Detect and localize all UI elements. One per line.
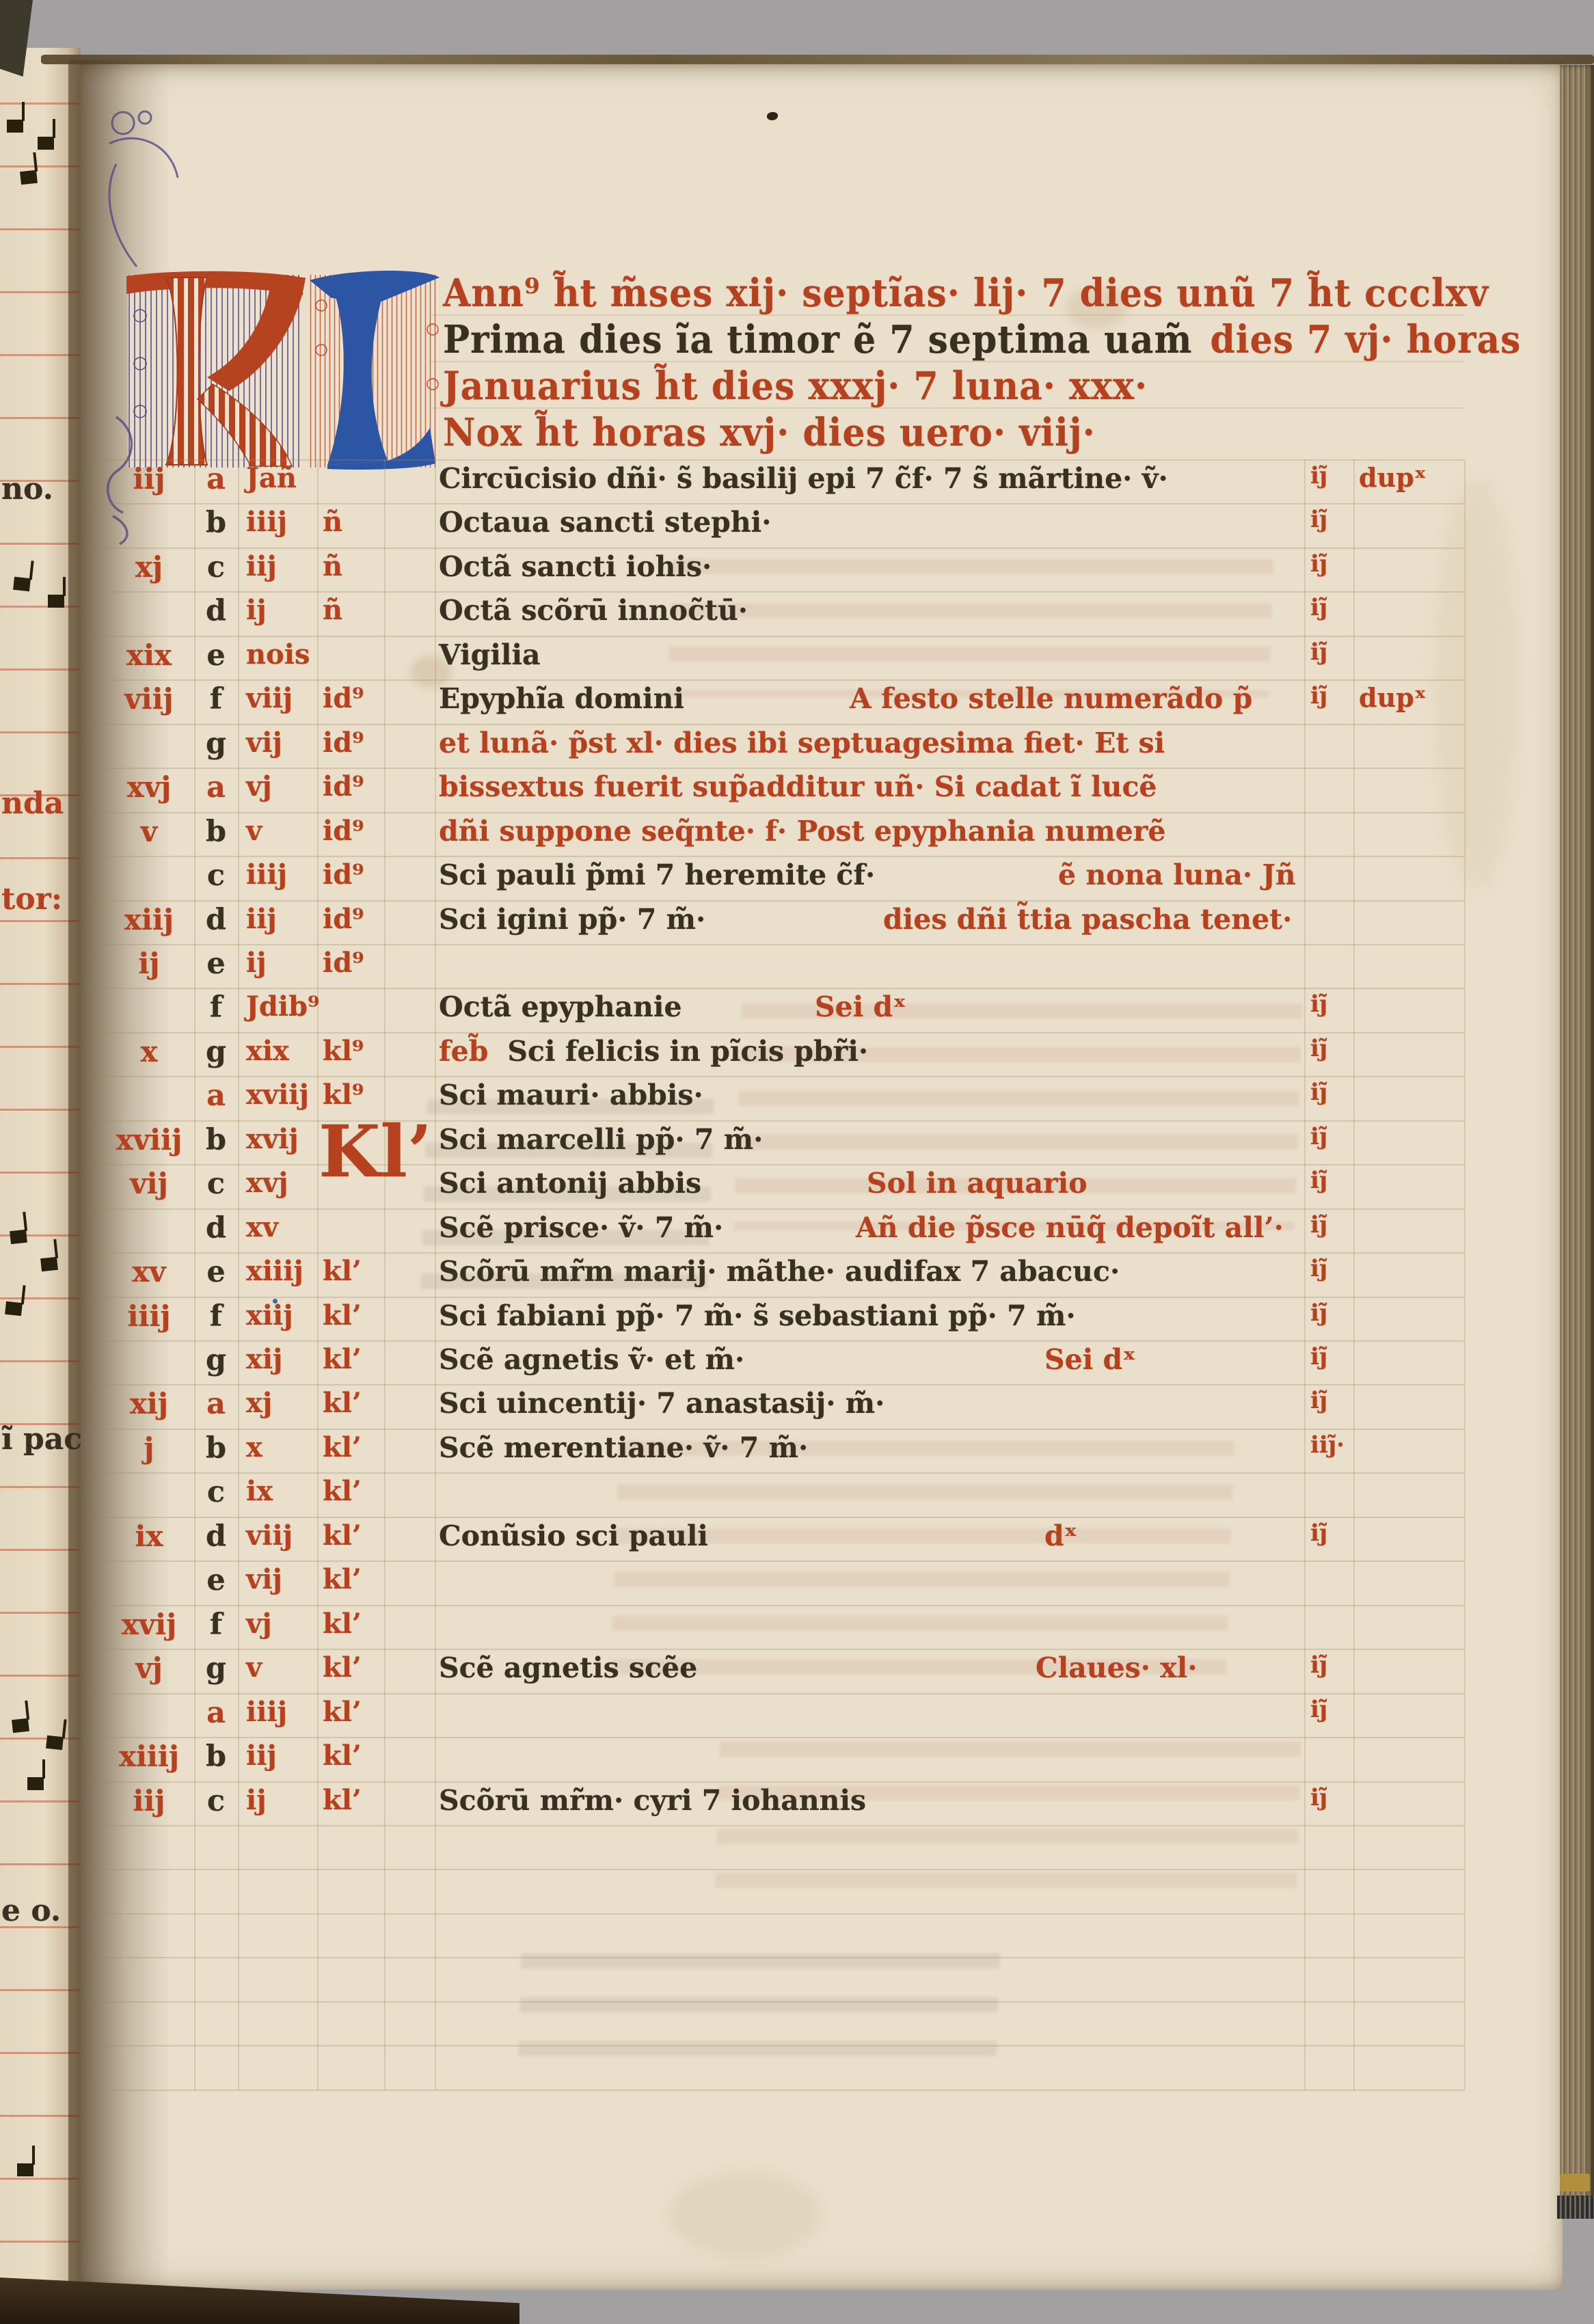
golden-number: x	[101, 1035, 197, 1068]
day-numeral: Jañ	[246, 462, 383, 494]
golden-number: xij	[101, 1387, 197, 1420]
golden-number: xix	[101, 638, 197, 672]
manuscript-photo: no.ndator:ĩ pacee o.	[0, 0, 1594, 2324]
calendar-row: fJdib⁹Octã epyphanieSei dˣij̃	[0, 990, 1594, 1034]
feast-entry: Sci igini pp̃· 7 m̃·dies dñi t̃tia pasch…	[439, 903, 725, 936]
clasp-band	[1557, 2195, 1594, 2219]
kalends-marker: kl⁹	[323, 1035, 405, 1067]
lesson-mark: ij̃	[1310, 1784, 1327, 1811]
calendar-row: viijfviijid⁹Epyphĩa dominiA festo stelle…	[0, 682, 1594, 726]
feast-text: Conũsio sci pauli	[439, 1519, 708, 1552]
day-numeral: xv	[246, 1211, 383, 1243]
lesson-mark: ij̃	[1310, 1079, 1327, 1106]
staff-line	[0, 2178, 79, 2180]
feast-text: Scõrū mr̃m marij· mãthe· audifax 7 abacu…	[439, 1255, 1120, 1288]
clasp-gold	[1560, 2174, 1590, 2191]
feast-text: Epyphĩa domini	[439, 682, 684, 715]
calendar-row: gvijid⁹et lunã· p̃st xl· dies ibi septua…	[0, 727, 1594, 770]
dominical-letter: d	[198, 903, 234, 937]
golden-number: ix	[101, 1519, 197, 1553]
lesson-mark: iij̃·	[1310, 1431, 1345, 1459]
day-numeral: xvj	[246, 1167, 383, 1199]
feast-entry: Sci uincentij· 7 anastasij· m̃·	[439, 1387, 904, 1420]
feast-annotation: dˣ	[1044, 1519, 1077, 1552]
neume-note	[20, 170, 38, 185]
kalends-marker: kl’	[323, 1387, 405, 1419]
feast-entry: dñi suppone seq̃nte· f· Post epyphania n…	[439, 815, 1185, 848]
calendar-row: xixenoisVigiliaij̃	[0, 638, 1594, 682]
feast-text: Scẽ merentiane· ṽ· 7 m̃·	[439, 1431, 808, 1464]
lesson-mark: ij̃	[1310, 1123, 1327, 1150]
feast-entry: Octã sancti iohis·	[439, 550, 731, 583]
dominical-letter: g	[198, 1343, 234, 1377]
feast-entry: Sci fabiani pp̃· 7 m̃· s̃ sebastiani pp̃…	[439, 1299, 1095, 1332]
feast-text: Scõrū mr̃m· cyri 7 iohannis	[439, 1784, 866, 1817]
calendar-row: ijeijid⁹	[0, 947, 1594, 990]
kalends-marker: kl’	[323, 1651, 405, 1684]
lesson-mark: ij̃	[1310, 1167, 1327, 1194]
dominical-letter: d	[198, 1211, 234, 1245]
feast-entry: feb̃Sci felicis in pĩcis pbr̃i·	[439, 1035, 887, 1068]
kalends-marker: kl’	[323, 1475, 405, 1507]
lesson-mark: ij̃	[1310, 1299, 1327, 1327]
header-text: Januarius h̃t dies xxxj· 7 luna· xxx·	[443, 364, 1148, 409]
calendar-row: vijcxvjSci antonij abbisSol in aquarioij…	[0, 1167, 1594, 1211]
dominical-letter: c	[198, 550, 234, 584]
feast-text: Vigilia	[439, 638, 541, 671]
golden-number: xvj	[101, 770, 197, 804]
lesson-mark: ij̃	[1310, 1387, 1327, 1414]
feast-entry: Conũsio sci paulidˣ	[439, 1519, 727, 1552]
feast-entry: Sci mauri· abbis·	[439, 1079, 722, 1111]
ruling-line	[96, 1913, 1464, 1915]
calendar-row: gxijkl’Scẽ agnetis ṽ· et m̃·Sei dˣij̃	[0, 1343, 1594, 1387]
kalends-marker: ñ	[323, 506, 405, 538]
staff-line	[0, 103, 79, 105]
dominical-letter: f	[198, 1608, 234, 1642]
feast-text: Scẽ prisce· ṽ· 7 m̃·	[439, 1211, 723, 1244]
dominical-letter: b	[198, 1123, 234, 1157]
dominical-letter: d	[198, 594, 234, 628]
lesson-mark: ij̃	[1310, 550, 1327, 578]
feast-annotation: Añ die p̃sce nūq̃ depoĩt all’·	[856, 1211, 1284, 1244]
ruling-line	[96, 459, 1464, 461]
kalends-marker: kl’	[323, 1519, 405, 1552]
dominical-letter: e	[198, 947, 234, 981]
dominical-letter: g	[198, 727, 234, 761]
feast-text: Sci marcelli pp̃· 7 m̃·	[439, 1123, 763, 1156]
calendar-row: xvijfvjkl’	[0, 1608, 1594, 1651]
kalends-marker: kl’	[323, 1563, 405, 1595]
kalends-marker: id⁹	[323, 947, 405, 979]
dominical-letter: f	[198, 1299, 234, 1334]
calendar-row: xviijbxvijKl’Sci marcelli pp̃· 7 m̃·ij̃	[0, 1123, 1594, 1167]
kalends-marker: kl⁹	[323, 1079, 405, 1111]
feast-text: Octã sancti iohis·	[439, 550, 712, 583]
kalends-marker: id⁹	[323, 859, 405, 891]
lesson-mark: ij̃	[1310, 638, 1327, 666]
golden-number: iiij	[101, 1299, 197, 1333]
calendar-row: cixkl’	[0, 1475, 1594, 1519]
kalends-marker: id⁹	[323, 682, 405, 714]
calendar-row: dxvScẽ prisce· ṽ· 7 m̃·Añ die p̃sce nūq̃…	[0, 1211, 1594, 1255]
calendar-row: xiijdiijid⁹Sci igini pp̃· 7 m̃·dies dñi …	[0, 903, 1594, 947]
calendar-row: xgxixkl⁹feb̃Sci felicis in pĩcis pbr̃i·i…	[0, 1035, 1594, 1079]
feast-entry: Octã epyphanieSei dˣ	[439, 990, 701, 1023]
lesson-mark: ij̃	[1310, 682, 1327, 710]
kalends-marker: ñ	[323, 594, 405, 626]
neume-note	[17, 2163, 33, 2176]
golden-number: iij	[101, 1784, 197, 1818]
lesson-mark: ij̃	[1310, 594, 1327, 621]
feast-annotation: ẽ nona luna· Jñ	[1058, 859, 1296, 891]
ruling-line	[96, 1869, 1464, 1870]
header-text: Ann⁹ h̃t m̃ses xij· septĩas· lij· 7 dies…	[443, 271, 1489, 316]
feast-annotation: dies dñi t̃tia pascha tenet·	[883, 903, 1292, 936]
kalends-marker: kl’	[323, 1343, 405, 1375]
feast-entry: Scõrū mr̃m· cyri 7 iohannis	[439, 1784, 885, 1817]
golden-number: xvij	[101, 1608, 197, 1641]
feast-annotation: Claues· xl·	[1036, 1651, 1198, 1684]
dominical-letter: d	[198, 1519, 234, 1554]
ruling-line	[96, 2090, 1464, 2091]
staff-line	[0, 1863, 79, 1865]
dominical-letter: g	[198, 1035, 234, 1069]
feast-entry: Epyphĩa dominiA festo stelle numerãdo p̃	[439, 682, 703, 715]
staff-line	[0, 291, 79, 293]
calendar-row: xjciijñOctã sancti iohis·ij̃	[0, 550, 1594, 594]
header-text: Nox h̃t horas xvj· dies uero· viij·	[443, 410, 1096, 455]
dominical-letter: e	[198, 1255, 234, 1289]
dominical-letter: c	[198, 1475, 234, 1509]
calendar-row: biiijñOctaua sancti stephi·ij̃	[0, 506, 1594, 550]
dominical-letter: c	[198, 859, 234, 893]
lesson-mark: ij̃	[1310, 1343, 1327, 1370]
dominical-letter: a	[198, 462, 234, 496]
kalends-marker: id⁹	[323, 727, 405, 759]
header-text: Prima dies ĩa timor ẽ 7 septima uam̃	[443, 317, 1192, 362]
feast-entry: Sci pauli p̃mi 7 heremite c̃f·ẽ nona lun…	[439, 859, 894, 891]
feast-text: Scẽ agnetis ṽ· et m̃·	[439, 1343, 744, 1376]
dominical-letter: e	[198, 1563, 234, 1597]
duplex-note: dupˣ	[1359, 682, 1427, 713]
feast-entry: Octaua sancti stephi·	[439, 506, 790, 539]
calendar-row: axviijkl⁹Sci mauri· abbis·ij̃	[0, 1079, 1594, 1122]
feast-entry: Scõrū mr̃m marij· mãthe· audifax 7 abacu…	[439, 1255, 1139, 1288]
page-top-edge	[41, 55, 1594, 64]
feast-entry: Scẽ merentiane· ṽ· 7 m̃·	[439, 1431, 827, 1464]
kalends-marker: id⁹	[323, 903, 405, 935]
dominical-letter: e	[198, 638, 234, 673]
feast-annotation: Sei dˣ	[815, 990, 906, 1023]
feast-text: Sci uincentij· 7 anastasij· m̃·	[439, 1387, 884, 1420]
calendar-row: jbxkl’Scẽ merentiane· ṽ· 7 m̃·iij̃·	[0, 1431, 1594, 1475]
facing-text-fragment: e o.	[1, 1893, 61, 1928]
decorated-initial-KL	[126, 268, 441, 473]
kalends-marker: kl’	[323, 1696, 405, 1728]
calendar-row: vjgvkl’Scẽ agnetis scẽeClaues· xl·ij̃	[0, 1651, 1594, 1695]
feast-entry: Sci antonij abbisSol in aquario	[439, 1167, 720, 1200]
lesson-mark: ij̃	[1310, 1255, 1327, 1282]
feast-text: Octaua sancti stephi·	[439, 506, 771, 539]
kalends-marker: kl’	[323, 1255, 405, 1287]
golden-number: xiij	[101, 903, 197, 936]
calendar-row: iijaJañCircūcisio dñi· s̃ basilij epi 7 …	[0, 462, 1594, 506]
calendar-row: xijaxjkl’Sci uincentij· 7 anastasij· m̃·…	[0, 1387, 1594, 1431]
feast-entry: bissextus fuerit sup̃additur uñ· Si cada…	[439, 770, 1176, 803]
staff-line	[0, 354, 79, 356]
lesson-mark: ij̃	[1310, 1035, 1327, 1062]
feast-entry: Vigilia	[439, 638, 560, 671]
staff-line	[0, 2052, 79, 2054]
feast-annotation: dñi suppone seq̃nte· f· Post epyphania n…	[439, 815, 1165, 848]
header-line: Januarius h̃t dies xxxj· 7 luna· xxx·	[443, 364, 1165, 409]
staff-line	[0, 417, 79, 419]
golden-number: vij	[101, 1167, 197, 1200]
calendar-row: ciiijid⁹Sci pauli p̃mi 7 heremite c̃f·ẽ …	[0, 859, 1594, 902]
staff-line	[0, 228, 79, 230]
lesson-mark: ij̃	[1310, 1211, 1327, 1239]
lesson-mark: ij̃	[1310, 506, 1327, 533]
kalends-marker: id⁹	[323, 815, 405, 847]
feast-entry: Scẽ agnetis scẽeClaues· xl·	[439, 1651, 716, 1684]
staff-line	[0, 2115, 79, 2117]
kalends-marker: kl’	[323, 1299, 405, 1332]
golden-number: ij	[101, 947, 197, 980]
feast-entry: Octã scõrū innoc̃tū·	[439, 594, 767, 627]
staff-line	[0, 165, 79, 167]
kalends-marker: kl’	[323, 1431, 405, 1463]
lesson-mark: ij̃	[1310, 990, 1327, 1018]
golden-number: xj	[101, 550, 197, 584]
ruling-line	[96, 2001, 1464, 2003]
golden-number: iij	[101, 462, 197, 496]
golden-number: v	[101, 815, 197, 848]
kalends-marker: kl’	[323, 1740, 405, 1772]
kalends-marker: kl’	[323, 1784, 405, 1816]
calendar-row: xvjavjid⁹bissextus fuerit sup̃additur uñ…	[0, 770, 1594, 814]
calendar-row: ixdviijkl’Conũsio sci paulidˣij̃	[0, 1519, 1594, 1563]
feast-annotation: Sol in aquario	[867, 1167, 1088, 1200]
feast-entry: et lunã· p̃st xl· dies ibi septuagesima …	[439, 727, 1184, 759]
header-line: Nox h̃t horas xvj· dies uero· viij·	[443, 410, 1113, 455]
lesson-mark: ij̃	[1310, 1651, 1327, 1679]
lesson-mark: ij̃	[1310, 462, 1327, 489]
feast-text: Sci igini pp̃· 7 m̃·	[439, 903, 705, 936]
duplex-note: dupˣ	[1359, 462, 1427, 493]
feast-entry: Circūcisio dñi· s̃ basilij epi 7 c̃f· 7 …	[439, 462, 1187, 495]
ruling-line	[96, 2045, 1464, 2046]
dominical-letter: b	[198, 506, 234, 540]
day-numeral: nois	[246, 638, 383, 671]
dominical-letter: f	[198, 682, 234, 716]
calendar-row: iijcijkl’Scõrū mr̃m· cyri 7 iohannisij̃	[0, 1784, 1594, 1828]
dominical-letter: a	[198, 770, 234, 805]
dominical-letter: a	[198, 1387, 234, 1421]
feast-text: Sci pauli p̃mi 7 heremite c̃f·	[439, 859, 875, 891]
feast-text: Sci felicis in pĩcis pbr̃i·	[507, 1035, 868, 1068]
lesson-mark: ij̃	[1310, 1519, 1327, 1547]
dominical-letter: c	[198, 1167, 234, 1201]
header-line: Ann⁹ h̃t m̃ses xij· septĩas· lij· 7 dies…	[443, 271, 1507, 316]
dominical-letter: a	[198, 1079, 234, 1113]
lesson-mark: ij̃	[1310, 1696, 1327, 1723]
golden-number: viij	[101, 682, 197, 716]
feast-annotation: feb̃	[439, 1035, 488, 1068]
dominical-letter: b	[198, 1431, 234, 1465]
calendar-row: xiiijbiijkl’	[0, 1740, 1594, 1783]
header-line: Prima dies ĩa timor ẽ 7 septima uam̃dies…	[443, 317, 1539, 362]
calendar-row: evijkl’	[0, 1563, 1594, 1607]
golden-number: xiiij	[101, 1740, 197, 1773]
calendar-row: dijñOctã scõrū innoc̃tū·ij̃	[0, 594, 1594, 638]
feast-text: Circūcisio dñi· s̃ basilij epi 7 c̃f· 7 …	[439, 462, 1168, 495]
dominical-letter: a	[198, 1696, 234, 1730]
neume-note	[38, 137, 54, 150]
feast-text: Sci antonij abbis	[439, 1167, 701, 1200]
calendar-row: vbvid⁹dñi suppone seq̃nte· f· Post epyph…	[0, 815, 1594, 859]
staff-line	[0, 2241, 79, 2243]
dominical-letter: f	[198, 990, 234, 1025]
day-numeral: Jdib⁹	[246, 990, 383, 1023]
feast-entry: Sci marcelli pp̃· 7 m̃·	[439, 1123, 782, 1156]
dominical-letter: b	[198, 815, 234, 849]
calendar-row: xvexiiijkl’Scõrū mr̃m marij· mãthe· audi…	[0, 1255, 1594, 1299]
kalends-marker: ñ	[323, 550, 405, 582]
feast-entry: Scẽ agnetis ṽ· et m̃·Sei dˣ	[439, 1343, 764, 1376]
neume-note	[7, 120, 23, 133]
feast-entry: Scẽ prisce· ṽ· 7 m̃·Añ die p̃sce nūq̃ de…	[439, 1211, 742, 1244]
calendar-row: aiiijkl’ij̃	[0, 1696, 1594, 1740]
kalends-marker: kl’	[323, 1608, 405, 1640]
staff-line	[0, 1989, 79, 1991]
golden-number: j	[101, 1431, 197, 1465]
dominical-letter: g	[198, 1651, 234, 1686]
feast-text: Octã epyphanie	[439, 990, 682, 1023]
calendar-row: iiijfxiijkl’Sci fabiani pp̃· 7 m̃· s̃ se…	[0, 1299, 1594, 1343]
feast-text: Scẽ agnetis scẽe	[439, 1651, 697, 1684]
kalends-marker: id⁹	[323, 770, 405, 802]
ruling-line	[96, 1957, 1464, 1958]
dominical-letter: b	[198, 1740, 234, 1774]
dominical-letter: c	[198, 1784, 234, 1818]
feast-text: Sci mauri· abbis·	[439, 1079, 703, 1111]
feast-annotation: A festo stelle numerãdo p̃	[850, 682, 1252, 715]
header-text: dies 7 vj· horas	[1210, 317, 1521, 362]
feast-annotation: bissextus fuerit sup̃additur uñ· Si cada…	[439, 770, 1157, 803]
feast-text: Octã scõrū innoc̃tū·	[439, 594, 748, 627]
golden-number: xv	[101, 1255, 197, 1288]
feast-text: Sci fabiani pp̃· 7 m̃· s̃ sebastiani pp̃…	[439, 1299, 1076, 1332]
golden-number: vj	[101, 1651, 197, 1685]
golden-number: xviij	[101, 1123, 197, 1157]
feast-annotation: Sei dˣ	[1044, 1343, 1136, 1376]
feast-annotation: et lunã· p̃st xl· dies ibi septuagesima …	[439, 727, 1165, 759]
